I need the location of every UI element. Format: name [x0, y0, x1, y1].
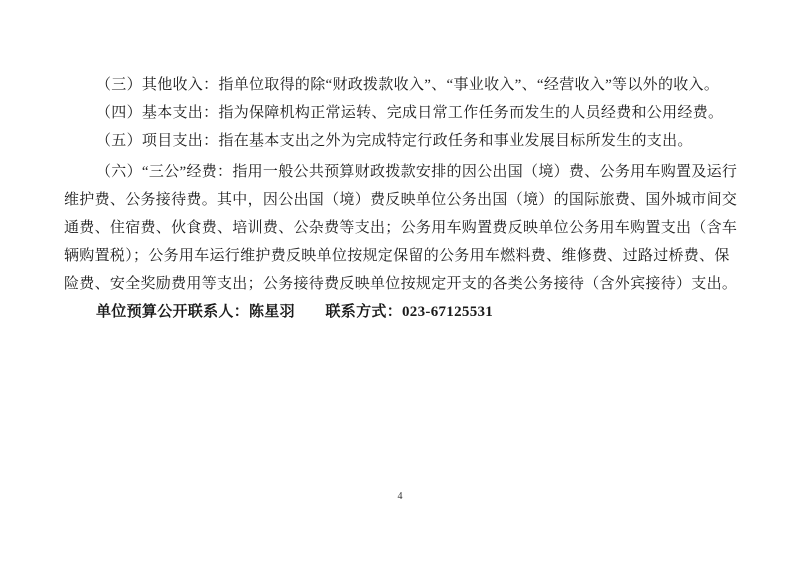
- def-other-income-line: （三）其他收入：指单位取得的除“财政拨款收入”、“事业收入”、“经营收入”等以外…: [64, 71, 744, 99]
- document-page: （三）其他收入：指单位取得的除“财政拨款收入”、“事业收入”、“经营收入”等以外…: [0, 0, 800, 565]
- def-three-public-funds-line-4: 辆购置税）；公务用车运行维护费反映单位按规定保留的公务用车燃料费、维修费、过路过…: [64, 242, 744, 270]
- def-project-expenditure-line: （五）项目支出：指在基本支出之外为完成特定行政任务和事业发展目标所发生的支出。: [64, 127, 744, 155]
- budget-contact-line: 单位预算公开联系人：陈星羽 联系方式：023-67125531: [64, 298, 744, 326]
- def-basic-expenditure-line: （四）基本支出：指为保障机构正常运转、完成日常工作任务而发生的人员经费和公用经费…: [64, 99, 744, 127]
- def-three-public-funds-line-2: 维护费、公务接待费。其中，因公出国（境）费反映单位公务出国（境）的国际旅费、国外…: [64, 186, 744, 214]
- def-three-public-funds-line-5: 险费、安全奖励费用等支出；公务接待费反映单位按规定开支的各类公务接待（含外宾接待…: [64, 270, 744, 298]
- document-body: （三）其他收入：指单位取得的除“财政拨款收入”、“事业收入”、“经营收入”等以外…: [64, 71, 744, 326]
- page-number: 4: [0, 490, 800, 504]
- def-three-public-funds-line-3: 通费、住宿费、伙食费、培训费、公杂费等支出；公务用车购置费反映单位公务用车购置支…: [64, 214, 744, 242]
- def-three-public-funds-line-1: （六）“三公”经费：指用一般公共预算财政拨款安排的因公出国（境）费、公务用车购置…: [64, 158, 744, 186]
